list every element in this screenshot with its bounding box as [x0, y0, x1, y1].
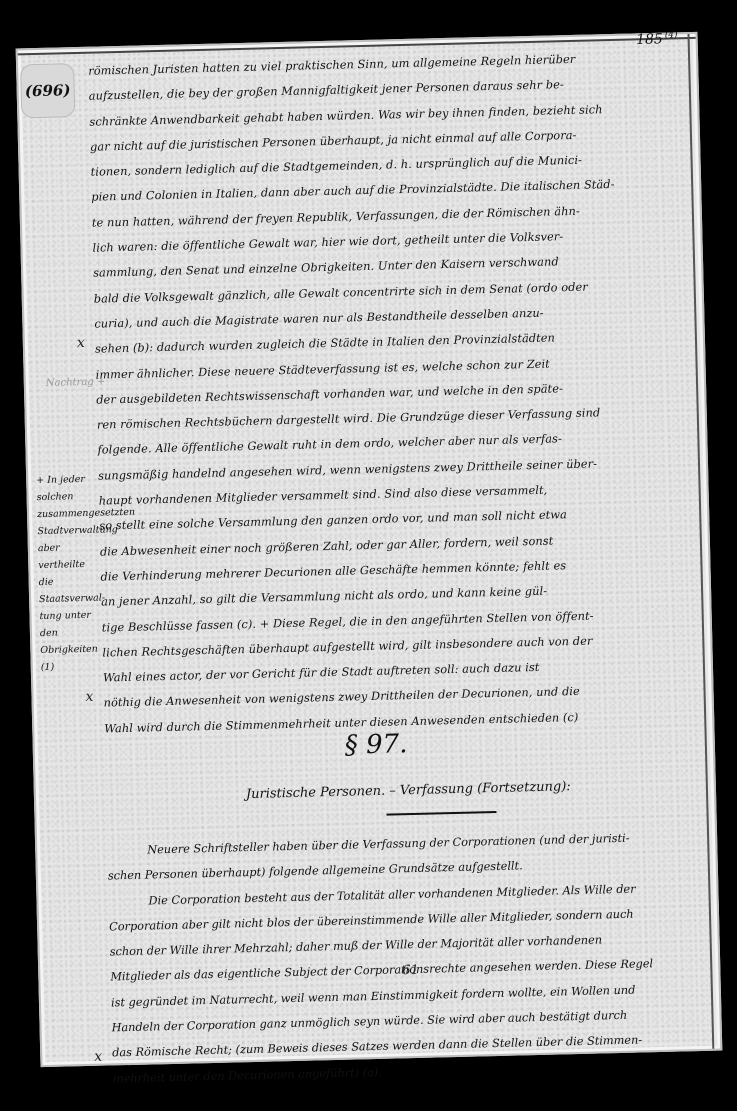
section-title-underline — [386, 811, 496, 816]
paragraph-1: römischen Juristen hatten zu viel prakti… — [88, 44, 691, 741]
page-number-bottom: 61 — [402, 963, 419, 978]
manuscript-page: (696) 185(4) Nachtrag + + In jeder solch… — [16, 32, 723, 1067]
paragraph-2: Neuere Schriftsteller haben über die Ver… — [107, 824, 699, 1091]
section-number: § 97. — [344, 729, 407, 761]
side-note-line: aber vertheilte — [38, 539, 103, 575]
side-margin-note: + In jeder solchen zusammengesetzten Sta… — [36, 471, 105, 677]
side-note-line: zusammengesetzten — [37, 505, 101, 524]
side-note-line: + In jeder solchen — [36, 471, 101, 507]
margin-x-mark: x — [85, 689, 93, 705]
side-note-line: tung unter den — [39, 607, 104, 643]
margin-x-mark: x — [94, 1049, 102, 1065]
side-note-line: Obrigkeiten (1) — [40, 640, 105, 676]
side-note-line: Stadtverwaltung — [37, 522, 101, 541]
stamp-number: (696) — [25, 81, 71, 100]
archive-stamp: (696) — [20, 63, 75, 118]
side-note-line: die Staatsverwal- — [39, 573, 104, 609]
folio-sub: (4) — [665, 30, 678, 40]
section-title: Juristische Personen. – Verfassung (Fort… — [246, 779, 571, 802]
margin-x-mark: x — [77, 335, 85, 351]
